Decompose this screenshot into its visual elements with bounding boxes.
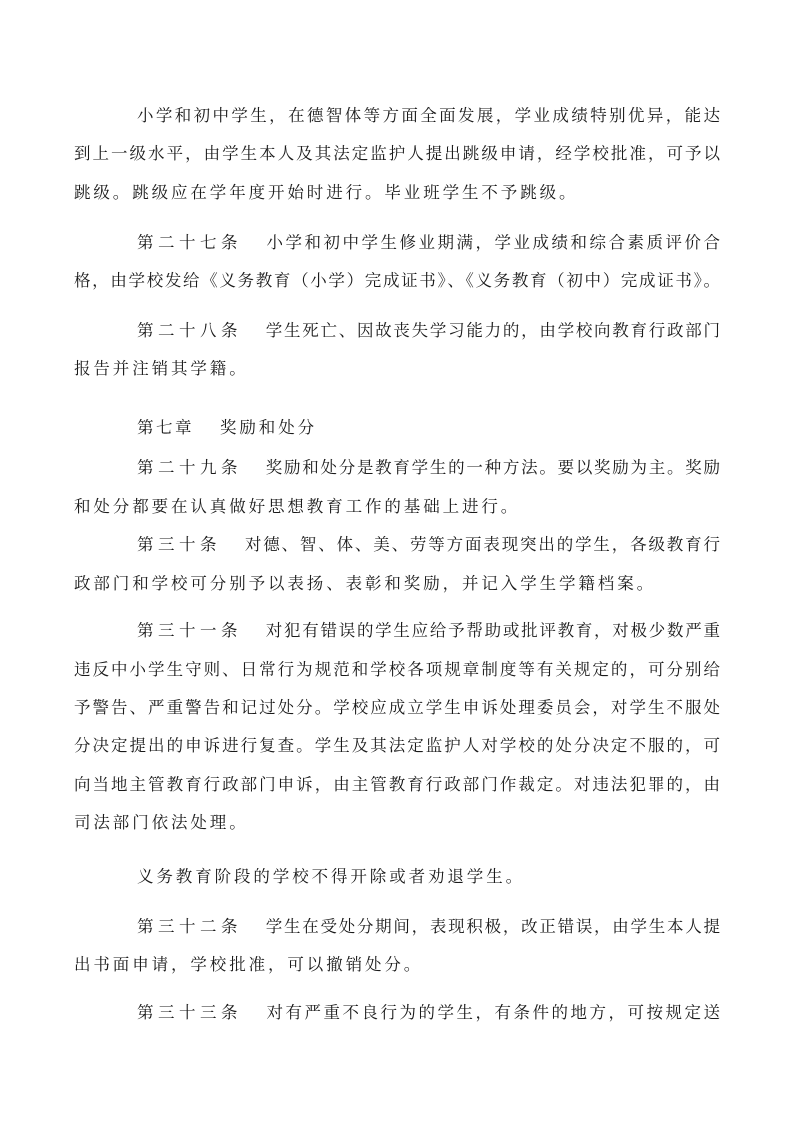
paragraph-line: 和处分都要在认真做好思想教育工作的基础上进行。 [74,496,720,518]
chapter-heading: 第七章奖励和处分 [137,417,720,439]
paragraph-line: 出书面申请，学校批准，可以撤销处分。 [74,954,720,976]
article-33-first-line: 第三十三条对有严重不良行为的学生，有条件的地方，可按规定送 [137,1002,720,1024]
article-text: 对有严重不良行为的学生，有条件的地方，可按规定送 [264,1003,720,1022]
article-32-first-line: 第三十二条学生在受处分期间，表现积极，改正错误，由学生本人提 [137,916,720,938]
article-text: 对犯有错误的学生应给予帮助或批评教育，对极少数严重 [264,621,720,640]
paragraph-line: 司法部门依法处理。 [74,812,720,834]
paragraph-line: 跳级。跳级应在学年度开始时进行。毕业班学生不予跳级。 [74,182,720,204]
article-29-first-line: 第二十九条奖励和处分是教育学生的一种方法。要以奖励为主。奖励 [137,457,720,479]
paragraph-line: 分决定提出的申诉进行复查。学生及其法定监护人对学校的处分决定不服的，可 [74,735,720,757]
chapter-title: 奖励和处分 [220,418,317,437]
article-number: 第二十九条 [137,457,242,479]
article-30-first-line: 第三十条对德、智、体、美、劳等方面表现突出的学生，各级教育行 [137,534,720,556]
article-number: 第二十七条 [137,232,242,254]
paragraph-line: 义务教育阶段的学校不得开除或者劝退学生。 [137,866,720,888]
article-27-first-line: 第二十七条小学和初中学生修业期满，学业成绩和综合素质评价合 [137,232,720,254]
article-number: 第三十条 [137,534,221,556]
paragraph-line: 予警告、严重警告和记过处分。学校应成立学生申诉处理委员会，对学生不服处 [74,697,720,719]
paragraph-line: 小学和初中学生，在德智体等方面全面发展，学业成绩特别优异，能达 [137,105,720,127]
document-page: 小学和初中学生，在德智体等方面全面发展，学业成绩特别优异，能达 到上一级水平，由… [0,0,793,1122]
article-number: 第二十八条 [137,320,242,342]
article-text: 学生死亡、因故丧失学习能力的，由学校向教育行政部门 [264,321,720,340]
paragraph-line: 政部门和学校可分别予以表扬、表彰和奖励，并记入学生学籍档案。 [74,573,720,595]
paragraph-line: 向当地主管教育行政部门申诉，由主管教育行政部门作裁定。对违法犯罪的，由 [74,774,720,796]
paragraph-line: 格，由学校发给《义务教育（小学）完成证书》、《义务教育（初中）完成证书》。 [74,270,720,292]
paragraph-line: 到上一级水平，由学生本人及其法定监护人提出跳级申请，经学校批准，可予以 [74,143,720,165]
article-number: 第三十三条 [137,1002,242,1024]
article-text: 奖励和处分是教育学生的一种方法。要以奖励为主。奖励 [264,458,720,477]
paragraph-line: 报告并注销其学籍。 [74,358,720,380]
article-number: 第三十二条 [137,916,242,938]
article-28-first-line: 第二十八条学生死亡、因故丧失学习能力的，由学校向教育行政部门 [137,320,720,342]
paragraph-line: 违反中小学生守则、日常行为规范和学校各项规章制度等有关规定的，可分别给 [74,659,720,681]
article-text: 对德、智、体、美、劳等方面表现突出的学生，各级教育行 [243,535,720,554]
article-text: 学生在受处分期间，表现积极，改正错误，由学生本人提 [264,917,720,936]
chapter-number: 第七章 [137,417,194,439]
article-text: 小学和初中学生修业期满，学业成绩和综合素质评价合 [264,233,720,252]
article-31-first-line: 第三十一条对犯有错误的学生应给予帮助或批评教育，对极少数严重 [137,620,720,642]
article-number: 第三十一条 [137,620,242,642]
